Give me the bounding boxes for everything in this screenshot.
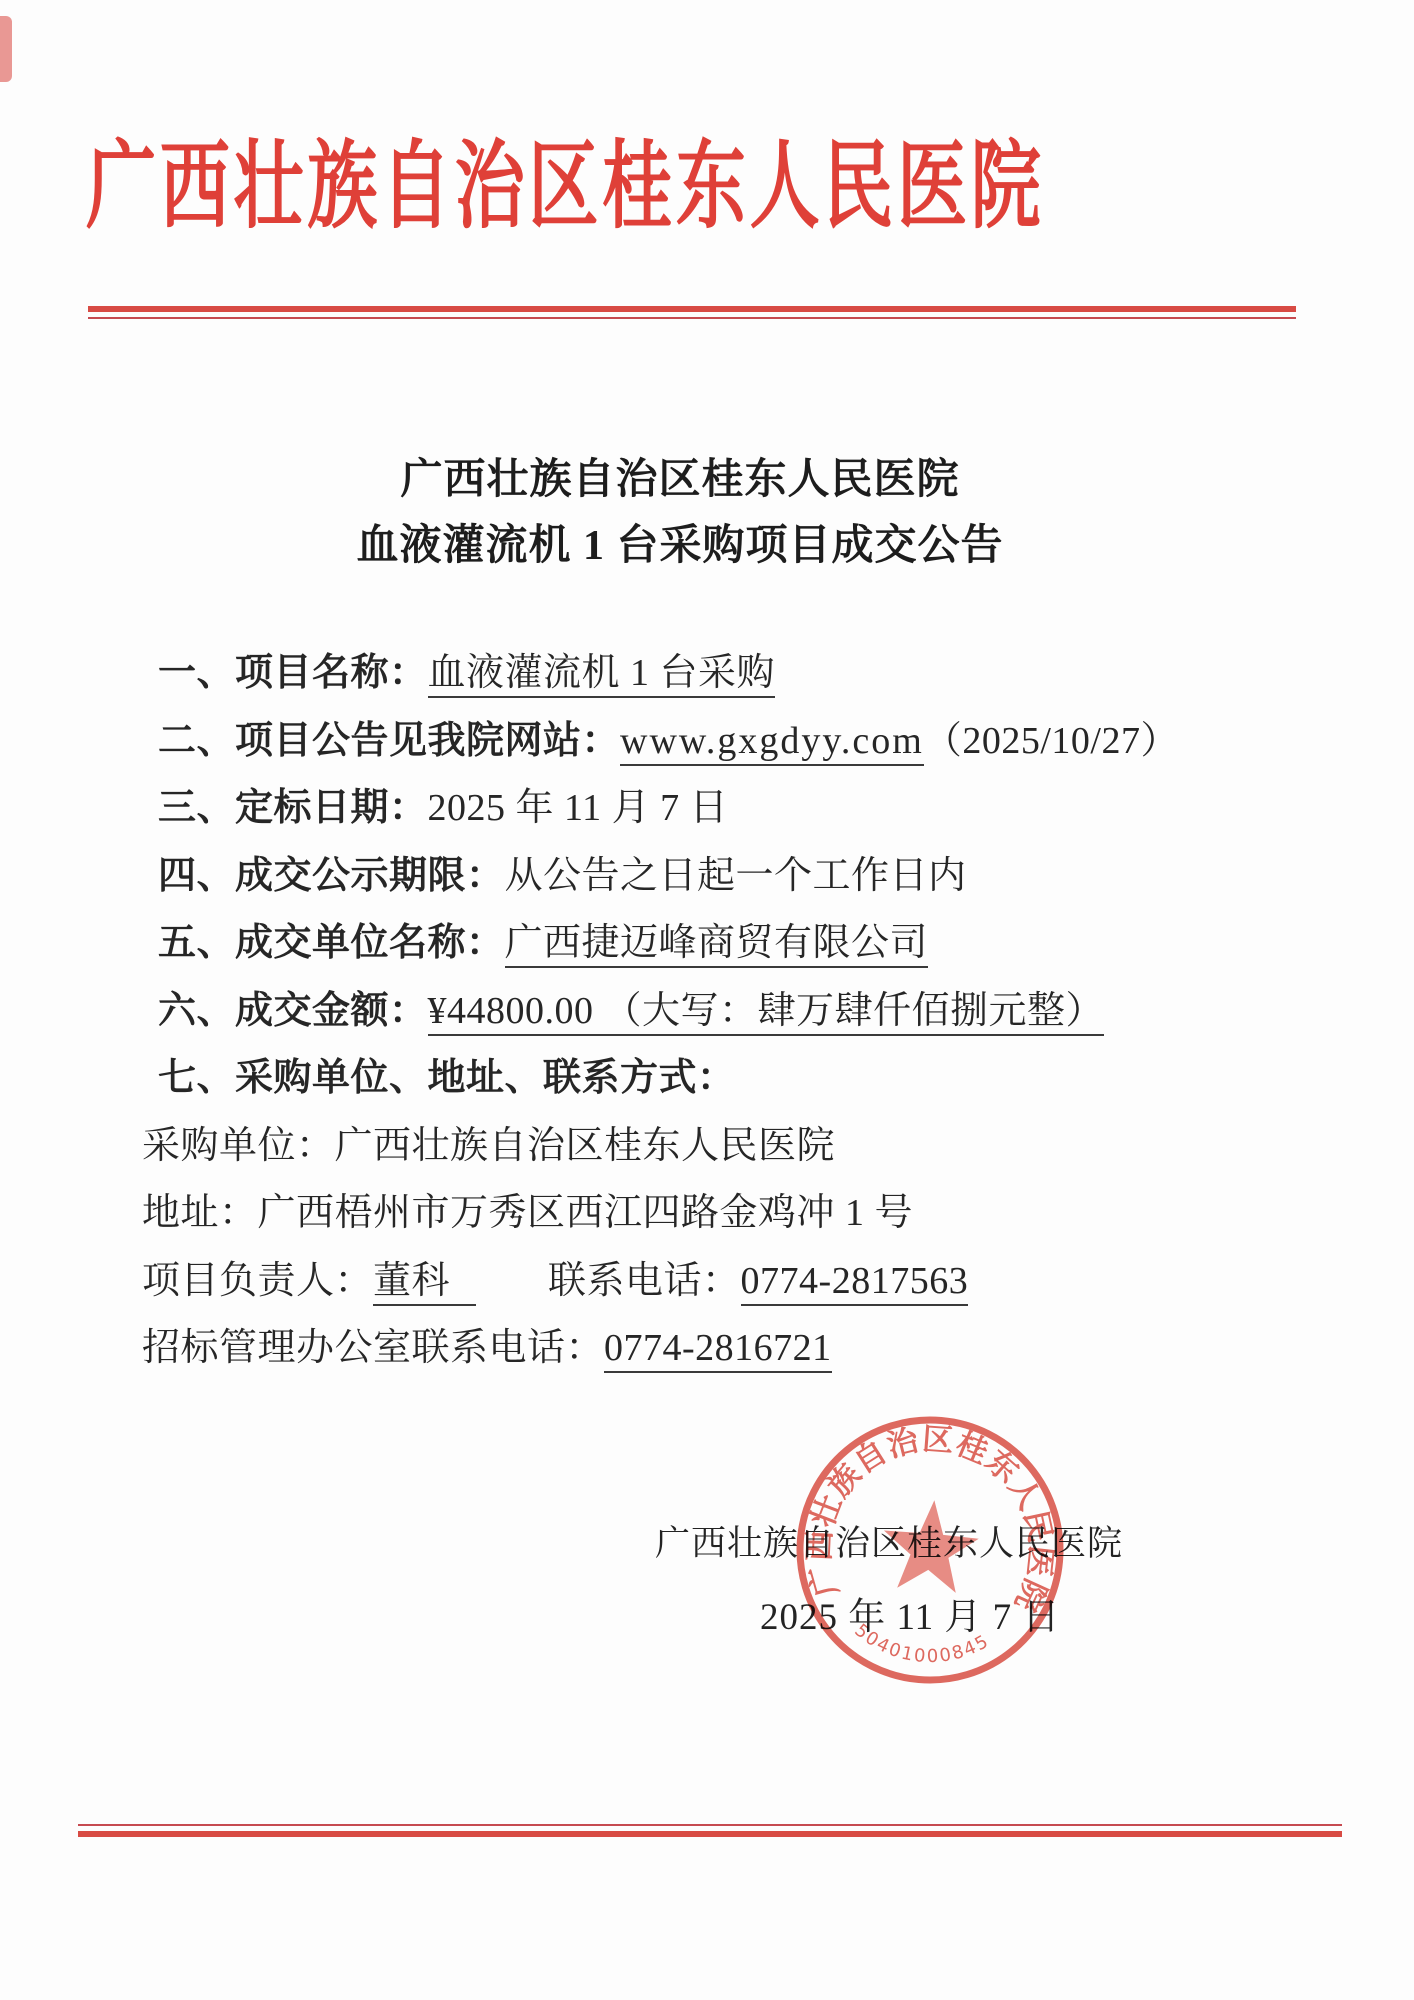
item-value: 2025 年 11 月 7 日 <box>428 787 729 829</box>
letterhead-rule-thick <box>88 306 1296 312</box>
item-label: 四、成交公示期限： <box>158 855 505 897</box>
contact-purchaser-line: 采购单位：广西壮族自治区桂东人民医院 <box>142 1113 1322 1181</box>
document-body: 一、项目名称：血液灌流机 1 台采购 二、项目公告见我院网站：www.gxgdy… <box>142 640 1322 1383</box>
contact-address-line: 地址：广西梧州市万秀区西江四路金鸡冲 1 号 <box>142 1180 1322 1248</box>
phone-number-underlined: 0774-2817563 <box>741 1260 969 1306</box>
item-project-name: 一、项目名称：血液灌流机 1 台采购 <box>142 640 1322 708</box>
item-winning-supplier: 五、成交单位名称：广西捷迈峰商贸有限公司 <box>142 910 1322 978</box>
letterhead-rule-thin <box>88 317 1296 319</box>
item-label: 三、定标日期： <box>158 787 428 829</box>
letterhead-title: 广西壮族自治区桂东人民医院 <box>86 134 1044 240</box>
manager-name-underlined: 董科 <box>373 1260 476 1306</box>
document-page: 广西壮族自治区桂东人民医院 广西壮族自治区桂东人民医院 血液灌流机 1 台采购项… <box>0 0 1414 2000</box>
item-label: 五、成交单位名称： <box>158 922 505 964</box>
contact-label: 项目负责人： <box>142 1260 373 1302</box>
item-label: 六、成交金额： <box>158 990 428 1032</box>
contact-label: 采购单位： <box>142 1125 335 1167</box>
item-value-underlined: 血液灌流机 1 台采购 <box>428 652 776 698</box>
item-label: 一、项目名称： <box>158 652 428 694</box>
office-phone-underlined: 0774-2816721 <box>604 1327 832 1373</box>
footer-rule-thick <box>78 1831 1342 1837</box>
contact-manager-line: 项目负责人：董科联系电话：0774-2817563 <box>142 1248 1322 1316</box>
contact-label: 招标管理办公室联系电话： <box>142 1327 604 1369</box>
document-title: 广西壮族自治区桂东人民医院 血液灌流机 1 台采购项目成交公告 <box>30 447 1330 579</box>
contact-label: 联系电话： <box>548 1260 741 1302</box>
seal-star-icon <box>879 1496 982 1594</box>
item-suffix: （2025/10/27） <box>924 720 1179 762</box>
item-value-underlined: ¥44800.00 （大写：肆万肆仟佰捌元整） <box>428 990 1105 1036</box>
item-label: 二、项目公告见我院网站： <box>158 720 620 762</box>
item-value: 从公告之日起一个工作日内 <box>505 855 967 897</box>
item-award-date: 三、定标日期：2025 年 11 月 7 日 <box>142 775 1322 843</box>
item-label: 七、采购单位、地址、联系方式： <box>158 1057 736 1099</box>
item-publicity-period: 四、成交公示期限：从公告之日起一个工作日内 <box>142 843 1322 911</box>
contact-value: 广西梧州市万秀区西江四路金鸡冲 1 号 <box>258 1192 914 1234</box>
document-title-line2: 血液灌流机 1 台采购项目成交公告 <box>30 513 1330 579</box>
scan-artifact <box>0 16 12 82</box>
item-value-underlined: 广西捷迈峰商贸有限公司 <box>505 922 929 968</box>
item-award-amount: 六、成交金额：¥44800.00 （大写：肆万肆仟佰捌元整） <box>142 978 1322 1046</box>
contact-label: 地址： <box>142 1192 258 1234</box>
document-title-line1: 广西壮族自治区桂东人民医院 <box>30 447 1330 513</box>
website-url: www.gxgdyy.com <box>620 720 924 766</box>
contact-value: 广西壮族自治区桂东人民医院 <box>335 1125 836 1167</box>
footer-rule-thin <box>78 1824 1342 1826</box>
contact-office-line: 招标管理办公室联系电话：0774-2816721 <box>142 1315 1322 1383</box>
item-announcement-site: 二、项目公告见我院网站：www.gxgdyy.com（2025/10/27） <box>142 708 1322 776</box>
official-seal: 广西壮族自治区桂东人民医院 4504010008459 <box>784 1404 1077 1697</box>
item-contact-heading: 七、采购单位、地址、联系方式： <box>142 1045 1322 1113</box>
